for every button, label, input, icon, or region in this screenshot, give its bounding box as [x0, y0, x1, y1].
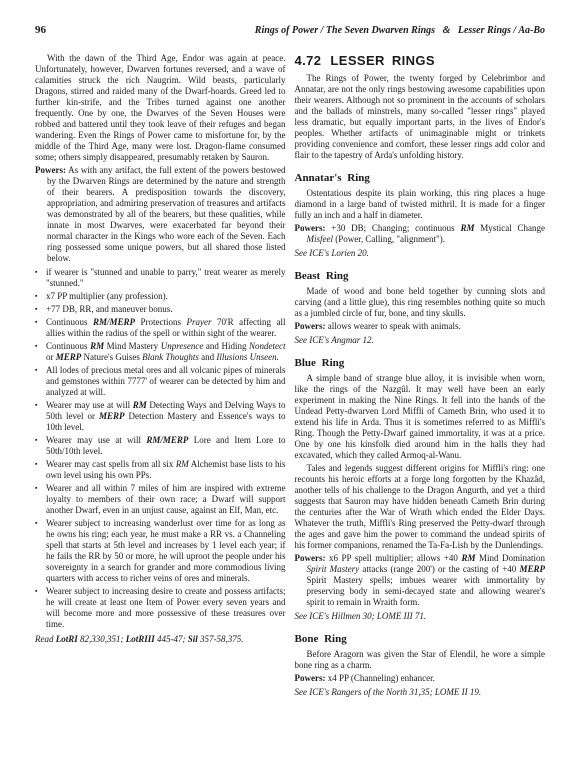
running-header: Rings of Power / The Seven Dwarven Rings…	[255, 25, 545, 36]
ring-paragraph: Made of wood and bone held together by c…	[295, 286, 546, 319]
list-item-text: +77 DB, RR, and maneuver bonus.	[46, 304, 173, 314]
list-item: ▪Wearer subject to increasing wanderlust…	[35, 518, 286, 584]
list-item: ▪Wearer may cast spells from all six RM …	[35, 459, 286, 481]
bullet-icon: ▪	[35, 341, 46, 352]
bullet-icon: ▪	[35, 304, 46, 315]
see-reference: See ICE's Lorien 20.	[295, 248, 546, 259]
ring-section-annatar: Annatar's Ring Ostentatious despite its …	[295, 172, 546, 259]
bullet-icon: ▪	[35, 317, 46, 328]
powers-bullet-list: ▪if wearer is "stunned and unable to par…	[35, 267, 286, 630]
list-item-text: Wearer subject to increasing wanderlust …	[46, 518, 286, 583]
list-item-text: if wearer is "stunned and unable to parr…	[46, 267, 286, 288]
list-item: ▪+77 DB, RR, and maneuver bonus.	[35, 304, 286, 315]
list-item: ▪Wearer subject to increasing desire to …	[35, 586, 286, 630]
see-reference: See ICE's Rangers of the North 31,35; LO…	[295, 687, 546, 698]
powers-paragraph: Powers: +30 DB; Changing; continuous RM …	[295, 223, 546, 245]
section-intro-paragraph: The Rings of Power, the twenty forged by…	[295, 73, 546, 161]
see-reference: See ICE's Hillmen 30; LOME III 71.	[295, 611, 546, 622]
list-item-text: x7 PP multiplier (any profession).	[46, 291, 168, 301]
list-item: ▪All lodes of precious metal ores and al…	[35, 365, 286, 398]
two-column-layout: With the dawn of the Third Age, Endor wa…	[35, 53, 545, 701]
bullet-icon: ▪	[35, 365, 46, 376]
list-item-text: Continuous RM Mind Mastery Unpresence an…	[46, 341, 286, 362]
list-item: ▪if wearer is "stunned and unable to par…	[35, 267, 286, 289]
section-heading: 4.72LESSER RINGS	[295, 53, 546, 68]
list-item-text: Wearer and all within 7 miles of him are…	[46, 483, 286, 515]
list-item: ▪x7 PP multiplier (any profession).	[35, 291, 286, 302]
ring-heading: Bone Ring	[295, 633, 546, 645]
bullet-icon: ▪	[35, 459, 46, 470]
ring-heading: Blue Ring	[295, 357, 546, 369]
list-item-text: Wearer may use at will RM/MERP Lore and …	[46, 435, 286, 456]
ring-heading: Annatar's Ring	[295, 172, 546, 184]
running-head: 96 Rings of Power / The Seven Dwarven Ri…	[35, 24, 545, 36]
list-item-text: Wearer subject to increasing desire to c…	[46, 586, 286, 629]
powers-paragraph: Powers: As with any artifact, the full e…	[35, 165, 286, 264]
ring-paragraph: A simple band of strange blue alloy, it …	[295, 373, 546, 461]
list-item-text: Wearer may use at will RM Detecting Ways…	[46, 400, 286, 432]
ring-heading: Beast Ring	[295, 270, 546, 282]
ring-paragraph: Tales and legends suggest different orig…	[295, 463, 546, 551]
page-number: 96	[35, 24, 46, 36]
list-item-text: Wearer may cast spells from all six RM A…	[46, 459, 286, 480]
bullet-icon: ▪	[35, 435, 46, 446]
list-item: ▪Wearer may use at will RM/MERP Lore and…	[35, 435, 286, 457]
list-item: ▪Continuous RM/MERP Protections Prayer 7…	[35, 317, 286, 339]
ring-section-bone: Bone Ring Before Aragorn was given the S…	[295, 633, 546, 698]
see-reference: See ICE's Angmar 12.	[295, 335, 546, 346]
list-item: ▪Wearer may use at will RM Detecting Way…	[35, 400, 286, 433]
list-item: ▪Wearer and all within 7 miles of him ar…	[35, 483, 286, 516]
document-page: 96 Rings of Power / The Seven Dwarven Ri…	[0, 0, 577, 757]
powers-paragraph: Powers: x4 PP (Channeling) enhancer.	[295, 673, 546, 684]
ring-section-blue: Blue Ring A simple band of strange blue …	[295, 357, 546, 622]
bullet-icon: ▪	[35, 267, 46, 278]
left-column: With the dawn of the Third Age, Endor wa…	[35, 53, 286, 701]
ring-paragraph: Ostentatious despite its plain working, …	[295, 188, 546, 221]
ring-paragraph: Before Aragorn was given the Star of Ele…	[295, 649, 546, 671]
section-title: LESSER RINGS	[330, 53, 435, 68]
bullet-icon: ▪	[35, 483, 46, 494]
bullet-icon: ▪	[35, 400, 46, 411]
list-item-text: All lodes of precious metal ores and all…	[46, 365, 286, 397]
intro-paragraph: With the dawn of the Third Age, Endor wa…	[35, 53, 286, 163]
ring-section-beast: Beast Ring Made of wood and bone held to…	[295, 270, 546, 346]
list-item: ▪Continuous RM Mind Mastery Unpresence a…	[35, 341, 286, 363]
section-number: 4.72	[295, 53, 322, 68]
bullet-icon: ▪	[35, 291, 46, 302]
list-item-text: Continuous RM/MERP Protections Prayer 70…	[46, 317, 286, 338]
powers-paragraph: Powers: x6 PP spell multiplier; allows +…	[295, 553, 546, 608]
read-reference: Read LotRI 82,330,351; LotRIII 445-47; S…	[35, 634, 286, 645]
bullet-icon: ▪	[35, 586, 46, 597]
bullet-icon: ▪	[35, 518, 46, 529]
powers-paragraph: Powers: allows wearer to speak with anim…	[295, 321, 546, 332]
right-column: 4.72LESSER RINGS The Rings of Power, the…	[295, 53, 546, 701]
